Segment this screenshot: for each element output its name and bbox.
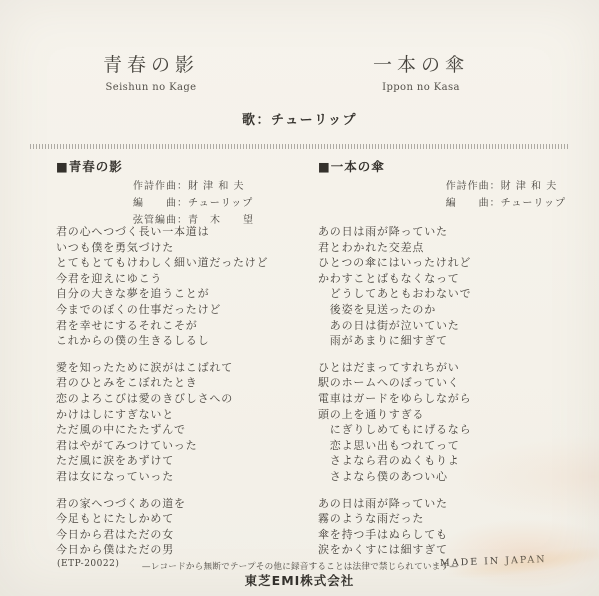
lyrics: あの日は雨が降っていた君とわかれた交差点ひとつの傘にはいったけれどかわすことばも…	[318, 224, 471, 569]
song-title-right: 一本の傘	[346, 50, 496, 77]
lyric-line: 電車はガードをゆらしながら	[318, 391, 471, 407]
lyric-line: 君のひとみをこぼれたとき	[56, 375, 268, 391]
stanza: 愛を知ったために涙がはこばれて君のひとみをこぼれたとき恋のよろこびは愛のきびしさ…	[56, 360, 268, 485]
lyric-line: 今日から僕はただの男	[56, 542, 268, 558]
credit-line: 編 曲：チューリップ	[133, 195, 254, 212]
lyric-line: かけはしにすぎないと	[56, 407, 268, 423]
catalog-number: (ETP-20022)	[57, 559, 119, 569]
lyric-line: 今君を迎えにゆこう	[56, 271, 268, 287]
lyric-line: いつも僕を勇気づけた	[56, 240, 268, 256]
lyrics-column-left: ■青春の影 作詩作曲：財 津 和 夫編 曲：チューリップ弦管編曲：青 木 望 君…	[56, 157, 310, 557]
lyric-line: 君は女になっていった	[56, 469, 268, 485]
lyric-line: 今日から君はただの女	[56, 527, 268, 543]
lyric-line: あの日は雨が降っていた	[318, 496, 471, 512]
lyric-line: 後姿を見送ったのか	[318, 302, 471, 318]
lyric-line: かわすことばもなくなって	[318, 271, 471, 287]
lyric-line: あの日は雨が降っていた	[318, 224, 471, 240]
lyric-line: とてもとてもけわしく細い道だったけど	[56, 255, 268, 271]
lyrics: 君の心へつづく長い一本道はいつも僕を勇気づけたとてもとてもけわしく細い道だったけ…	[56, 224, 268, 569]
artist-line: 歌：チューリップ	[0, 109, 599, 128]
stanza: 君の家へつづくあの道を今足もとにたしかめて今日から君はただの女今日から僕はただの…	[56, 496, 268, 558]
lyric-line: 涙をかくすには細すぎて	[318, 542, 471, 558]
lyric-line: 今までのぼくの仕事だったけど	[56, 302, 268, 318]
lyric-line: 駅のホームへのぼっていく	[318, 375, 471, 391]
lyric-line: 頭の上を通りすぎる	[318, 407, 471, 423]
credits: 作詩作曲：財 津 和 夫編 曲：チューリップ弦管編曲：青 木 望	[133, 178, 254, 229]
credit-line: 作詩作曲：財 津 和 夫	[133, 178, 254, 195]
lyrics-column-right: ■一本の傘 作詩作曲：財 津 和 夫編 曲：チューリップ あの日は雨が降っていた…	[318, 157, 572, 557]
lyric-line: 君とわかれた交差点	[318, 240, 471, 256]
song-title-left: 青春の影	[76, 50, 226, 77]
lyric-line: あの日は街が泣いていた	[318, 318, 471, 334]
section-header-left: ■青春の影	[56, 157, 123, 175]
lyric-line: ただ風の中にたたずんで	[56, 422, 268, 438]
lyric-line: 傘を持つ手はぬらしても	[318, 527, 471, 543]
hatched-divider	[30, 144, 569, 149]
song-title-block-left: 青春の影 Seishun no Kage	[76, 50, 226, 93]
lyric-line: これからの僕の生きるしるし	[56, 333, 268, 349]
record-sleeve-back: 青春の影 Seishun no Kage 一本の傘 Ippon no Kasa …	[0, 0, 599, 596]
lyric-line: 君の家へつづくあの道を	[56, 496, 268, 512]
lyric-line: ひとつの傘にはいったけれど	[318, 255, 471, 271]
lyric-line: にぎりしめてもにげるなら	[318, 422, 471, 438]
lyric-line: 雨があまりに細すぎて	[318, 333, 471, 349]
company-name: 東芝EMI株式会社	[0, 571, 599, 589]
lyric-line: ただ風に涙をあずけて	[56, 453, 268, 469]
section-header-right: ■一本の傘	[318, 157, 385, 175]
lyric-line: 君の心へつづく長い一本道は	[56, 224, 268, 240]
credits: 作詩作曲：財 津 和 夫編 曲：チューリップ	[446, 178, 566, 212]
song-title-left-romaji: Seishun no Kage	[76, 82, 226, 93]
lyric-line: 君はやがてみつけていった	[56, 438, 268, 454]
lyric-line: 今足もとにたしかめて	[56, 511, 268, 527]
lyric-line: 恋のよろこびは愛のきびしさへの	[56, 391, 268, 407]
credit-line: 作詩作曲：財 津 和 夫	[446, 178, 566, 195]
credit-line: 編 曲：チューリップ	[446, 195, 566, 212]
lyric-line: さよなら君のぬくもりよ	[318, 453, 471, 469]
stanza: ひとはだまってすれちがい駅のホームへのぼっていく電車はガードをゆらしながら頭の上…	[318, 360, 471, 485]
stanza: あの日は雨が降っていた君とわかれた交差点ひとつの傘にはいったけれどかわすことばも…	[318, 224, 471, 349]
lyric-line: ひとはだまってすれちがい	[318, 360, 471, 376]
lyric-line: 自分の大きな夢を追うことが	[56, 286, 268, 302]
lyric-line: 君を幸せにするそれこそが	[56, 318, 268, 334]
lyric-line: 恋よ思い出もつれてって	[318, 438, 471, 454]
song-title-right-romaji: Ippon no Kasa	[346, 82, 496, 93]
stanza: あの日は雨が降っていた霧のような雨だった傘を持つ手はぬらしても涙をかくすには細す…	[318, 496, 471, 558]
lyric-line: どうしてあともおわないで	[318, 286, 471, 302]
lyric-line: 愛を知ったために涙がはこばれて	[56, 360, 268, 376]
lyric-line: 霧のような雨だった	[318, 511, 471, 527]
lyric-line: さよなら僕のあつい心	[318, 469, 471, 485]
song-title-block-right: 一本の傘 Ippon no Kasa	[346, 50, 496, 93]
stanza: 君の心へつづく長い一本道はいつも僕を勇気づけたとてもとてもけわしく細い道だったけ…	[56, 224, 268, 349]
